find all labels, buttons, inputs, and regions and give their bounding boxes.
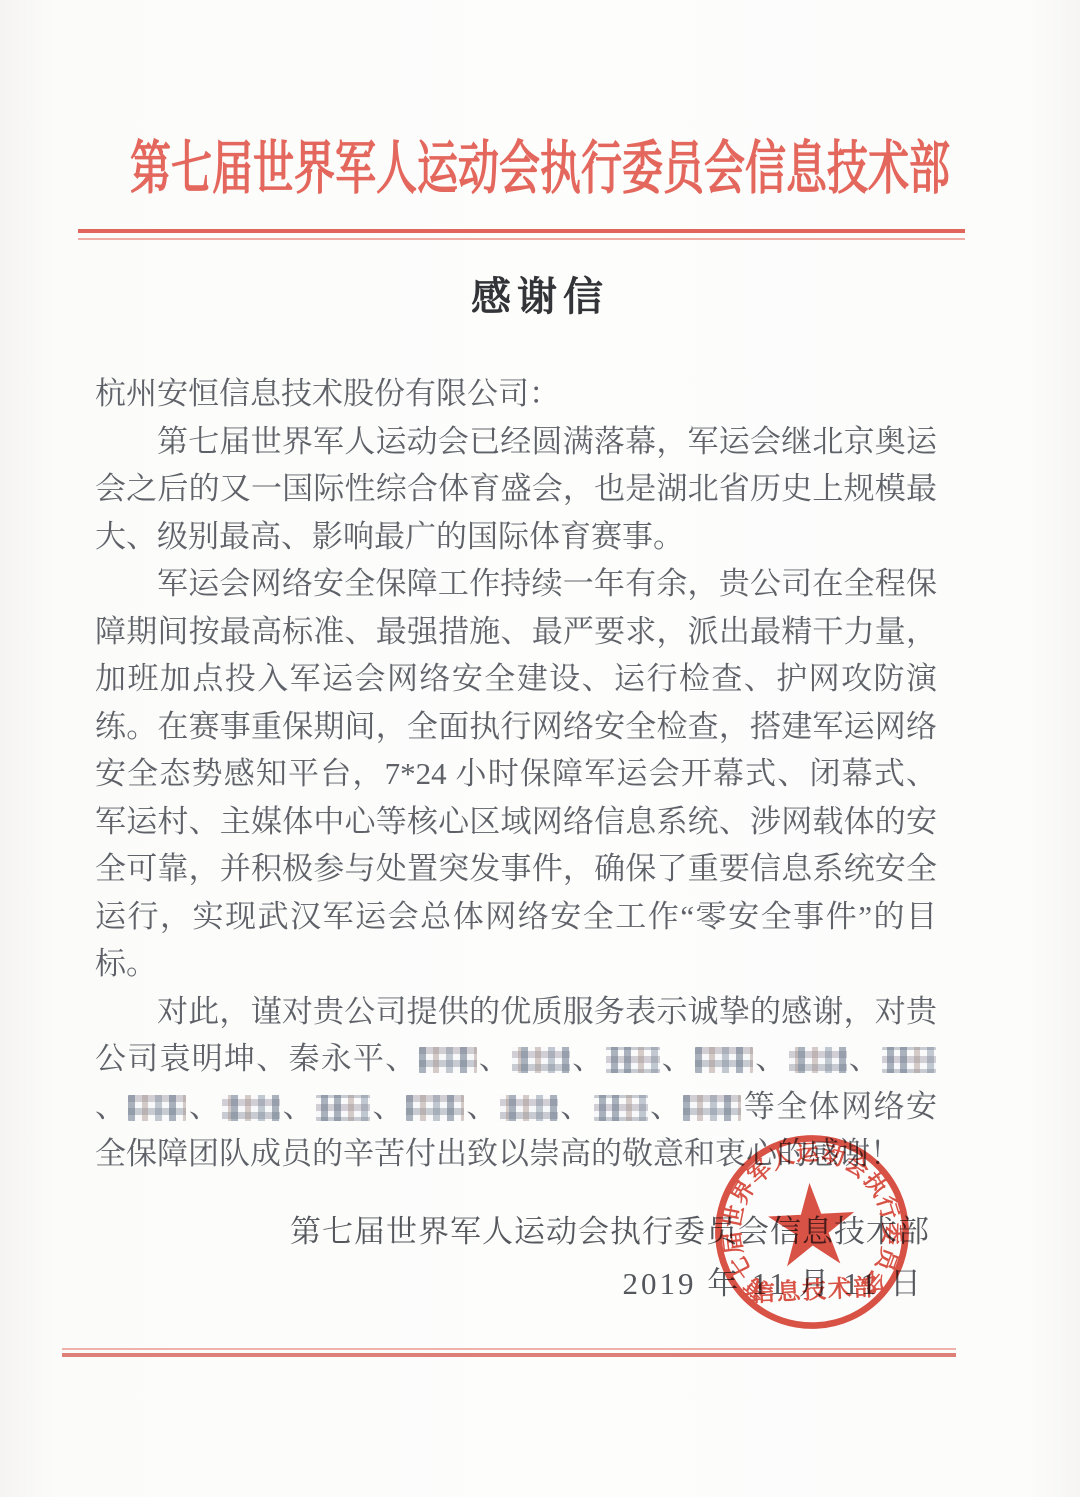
letterhead-rule-thin xyxy=(78,238,965,240)
seal-graphic: 第七届世界军人运动会执行委员会 信息技术部 xyxy=(703,1123,922,1342)
letterhead-org-name: 第七届世界军人运动会执行委员会信息技术部 xyxy=(0,111,1080,225)
paragraph-1: 第七届世界军人运动会已经圆满落幕，军运会继北京奥运会之后的又一国际性综合体育盛会… xyxy=(95,418,937,561)
seal-bottom-text: 信息技术部 xyxy=(751,1273,880,1308)
redacted-name xyxy=(128,1095,186,1121)
redacted-name xyxy=(222,1095,280,1121)
redacted-name xyxy=(683,1095,741,1121)
name-separator: 、 xyxy=(559,1089,593,1124)
letter-body: 杭州安恒信息技术股份有限公司： 第七届世界军人运动会已经圆满落幕，军运会继北京奥… xyxy=(95,370,937,1178)
paragraph-2: 军运会网络安全保障工作持续一年有余，贵公司在全程保障期间按最高标准、最强措施、最… xyxy=(95,560,937,988)
redacted-name xyxy=(406,1095,464,1121)
name-separator: 、 xyxy=(371,1089,405,1124)
name-separator: 、 xyxy=(95,1089,127,1124)
name-separator: 、 xyxy=(661,1041,695,1076)
name-separator: 、 xyxy=(571,1041,605,1076)
star-icon xyxy=(766,1181,856,1267)
redacted-name xyxy=(695,1047,753,1073)
official-seal: 第七届世界军人运动会执行委员会 信息技术部 xyxy=(703,1123,922,1342)
letter-title: 感谢信 xyxy=(0,265,1080,322)
redacted-name xyxy=(512,1047,570,1073)
name-separator: 、 xyxy=(848,1041,882,1076)
footer-rule-thin xyxy=(62,1348,956,1350)
redacted-name xyxy=(419,1047,477,1073)
scanned-letter-page: 第七届世界军人运动会执行委员会信息技术部 感谢信 杭州安恒信息技术股份有限公司：… xyxy=(0,0,1080,1497)
name-separator: 、 xyxy=(478,1041,512,1076)
name-separator: 、 xyxy=(649,1089,683,1124)
redacted-name xyxy=(606,1047,660,1073)
name-separator: 、 xyxy=(281,1089,315,1124)
redacted-name xyxy=(316,1095,370,1121)
redacted-name xyxy=(500,1095,558,1121)
name-separator: 、 xyxy=(465,1089,499,1124)
salutation: 杭州安恒信息技术股份有限公司： xyxy=(95,370,937,418)
name-separator: 、 xyxy=(187,1089,221,1124)
redacted-name xyxy=(594,1095,648,1121)
footer-rule-thick xyxy=(62,1353,956,1357)
redacted-name xyxy=(882,1047,936,1073)
name-separator: 、 xyxy=(754,1041,788,1076)
letterhead-rule-thick xyxy=(78,229,965,233)
redacted-name xyxy=(789,1047,847,1073)
